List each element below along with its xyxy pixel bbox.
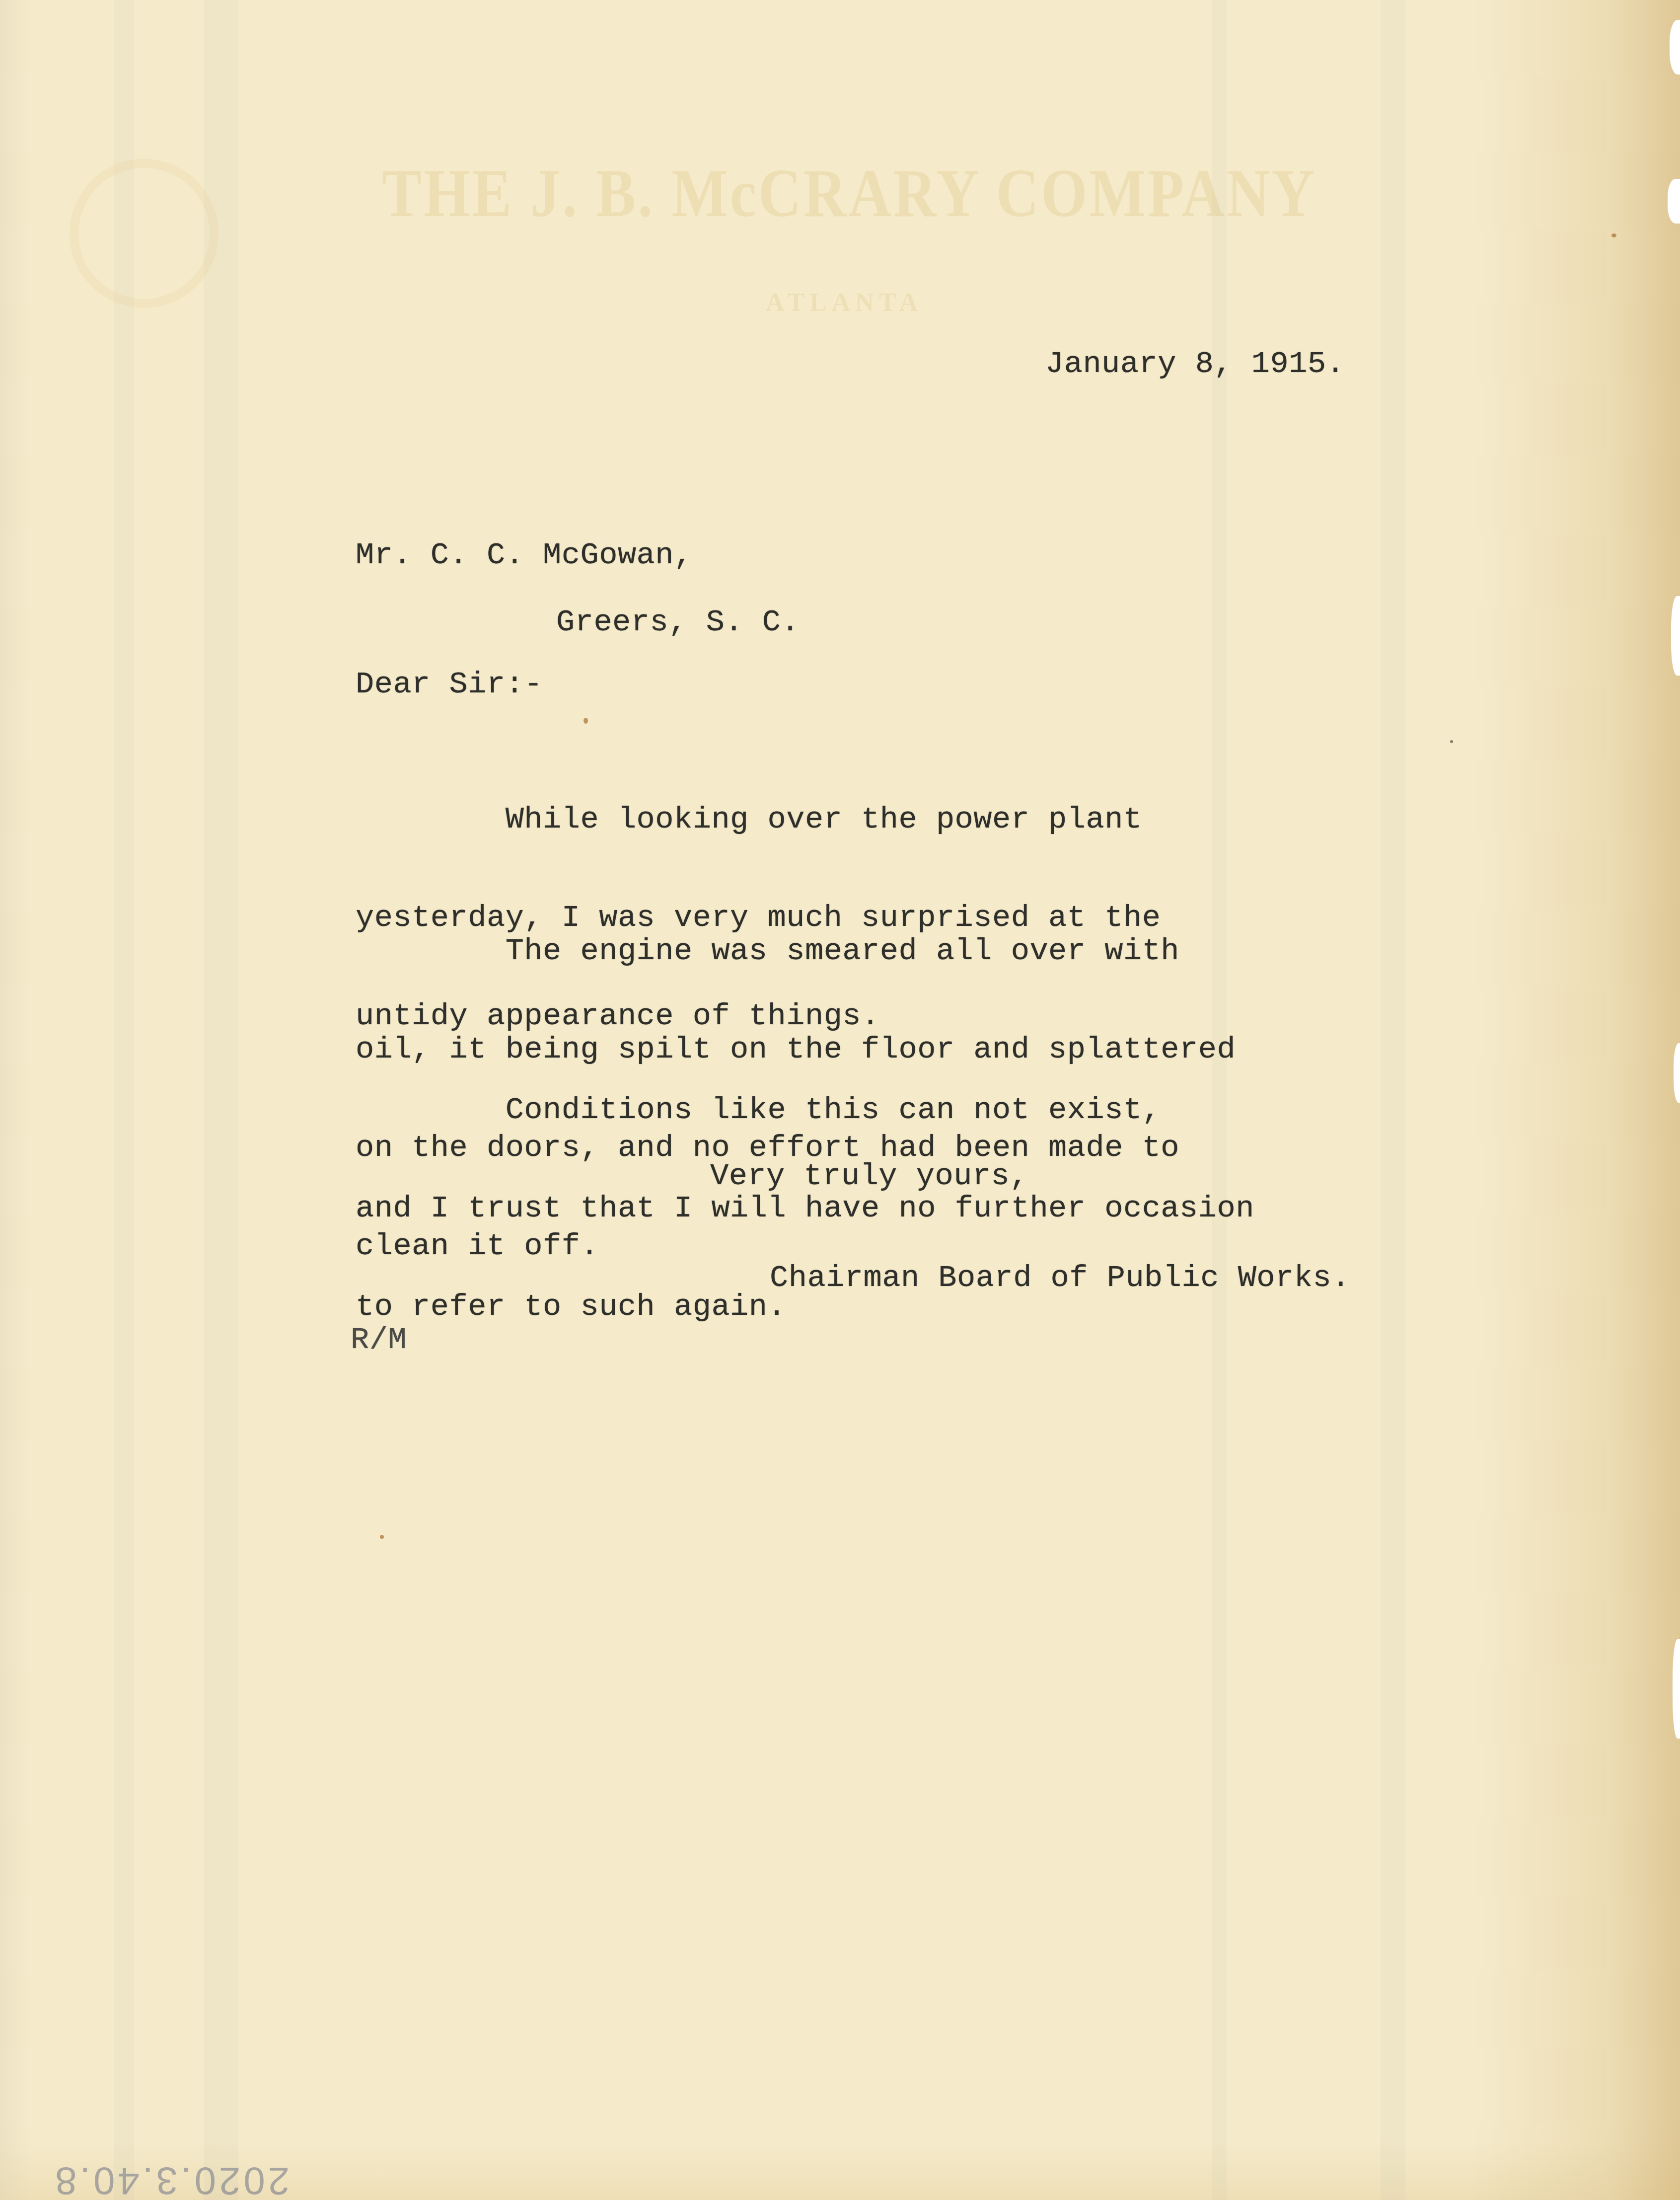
body-paragraph-3: Conditions like this can not exist, and … <box>356 1028 1254 1389</box>
letterhead-logo-watermark <box>70 159 219 308</box>
scan-stripe <box>1381 0 1405 2200</box>
torn-edge <box>1674 1043 1680 1103</box>
torn-edge <box>1673 1639 1680 1739</box>
letter-page: THE J. B. McCRARY COMPANY ATLANTA Januar… <box>0 0 1680 2200</box>
torn-edge <box>1668 179 1680 224</box>
letterhead-city: ATLANTA <box>695 288 993 317</box>
signature-title: Chairman Board of Public Works. <box>770 1262 1350 1294</box>
scan-stripe <box>114 0 134 2200</box>
paper-speck <box>584 718 588 724</box>
complimentary-closing: Very truly yours, <box>710 1160 1028 1193</box>
paragraph-line: The engine was smeared all over with <box>356 935 1236 968</box>
scan-stripe <box>204 0 238 2200</box>
paragraph-line: and I trust that I will have no further … <box>356 1192 1254 1225</box>
letter-date: January 8, 1915. <box>1045 348 1345 380</box>
salutation: Dear Sir:- <box>356 668 543 701</box>
accession-number: 2020.3.40.8 <box>52 2158 290 2200</box>
torn-edge <box>1670 20 1680 75</box>
paper-speck <box>1611 233 1616 237</box>
paper-speck <box>380 1535 384 1539</box>
paper-speck <box>1450 740 1453 743</box>
recipient-location: Greers, S. C. <box>556 606 800 639</box>
typist-initials: R/M <box>351 1324 407 1357</box>
recipient-name: Mr. C. C. McGowan, <box>356 539 693 572</box>
paragraph-line: Conditions like this can not exist, <box>356 1094 1254 1127</box>
torn-edge <box>1671 596 1680 676</box>
paragraph-line: While looking over the power plant <box>356 803 1161 836</box>
letterhead-company-name: THE J. B. McCRARY COMPANY <box>303 154 1395 233</box>
